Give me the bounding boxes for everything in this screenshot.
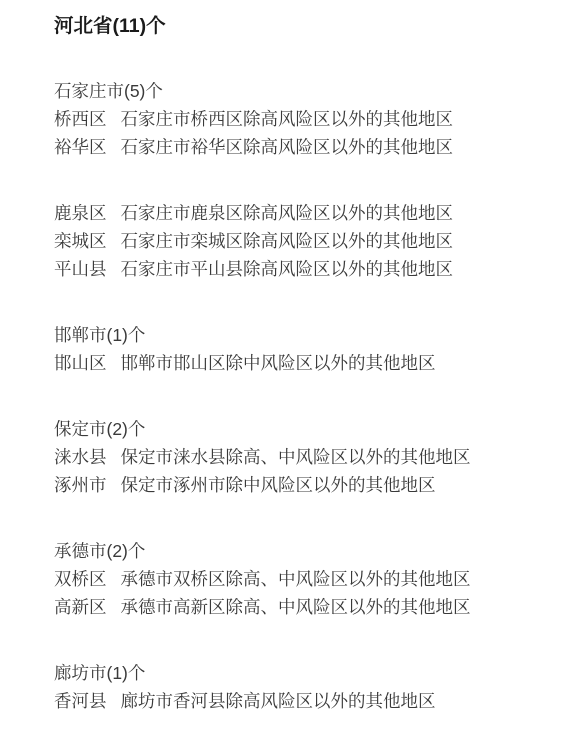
section-baoding: 保定市(2)个 涞水县保定市涞水县除高、中风险区以外的其他地区 涿州市保定市涿州…: [54, 415, 558, 499]
section-handan: 邯郸市(1)个 邯山区邯郸市邯山区除中风险区以外的其他地区: [54, 321, 558, 377]
region-desc: 廊坊市香河县除高风险区以外的其他地区: [121, 691, 436, 711]
region-name: 双桥区: [54, 569, 107, 589]
document-body: 河北省(11)个 石家庄市(5)个 桥西区石家庄市桥西区除高风险区以外的其他地区…: [0, 0, 578, 715]
risk-area-entry: 平山县石家庄市平山县除高风险区以外的其他地区: [54, 255, 558, 283]
risk-area-entry: 栾城区石家庄市栾城区除高风险区以外的其他地区: [54, 227, 558, 255]
region-name: 平山县: [54, 259, 107, 279]
region-name: 鹿泉区: [54, 203, 107, 223]
risk-area-entry: 高新区承德市高新区除高、中风险区以外的其他地区: [54, 593, 558, 621]
risk-area-entry: 涞水县保定市涞水县除高、中风险区以外的其他地区: [54, 443, 558, 471]
risk-area-entry: 裕华区石家庄市裕华区除高风险区以外的其他地区: [54, 133, 558, 161]
region-name: 栾城区: [54, 231, 107, 251]
region-desc: 石家庄市鹿泉区除高风险区以外的其他地区: [121, 203, 454, 223]
region-desc: 邯郸市邯山区除中风险区以外的其他地区: [121, 353, 436, 373]
region-name: 桥西区: [54, 109, 107, 129]
city-header: 石家庄市(5)个: [54, 77, 558, 105]
region-name: 高新区: [54, 597, 107, 617]
risk-area-entry: 涿州市保定市涿州市除中风险区以外的其他地区: [54, 471, 558, 499]
risk-area-document: 河北省(11)个 石家庄市(5)个 桥西区石家庄市桥西区除高风险区以外的其他地区…: [0, 0, 578, 756]
city-header: 邯郸市(1)个: [54, 321, 558, 349]
city-header: 承德市(2)个: [54, 537, 558, 565]
region-name: 涞水县: [54, 447, 107, 467]
region-name: 裕华区: [54, 137, 107, 157]
region-name: 涿州市: [54, 475, 107, 495]
risk-area-entry: 香河县廊坊市香河县除高风险区以外的其他地区: [54, 687, 558, 715]
region-desc: 承德市高新区除高、中风险区以外的其他地区: [121, 597, 471, 617]
risk-area-entry: 桥西区石家庄市桥西区除高风险区以外的其他地区: [54, 105, 558, 133]
section-langfang: 廊坊市(1)个 香河县廊坊市香河县除高风险区以外的其他地区: [54, 659, 558, 715]
city-header: 廊坊市(1)个: [54, 659, 558, 687]
region-desc: 石家庄市桥西区除高风险区以外的其他地区: [121, 109, 454, 129]
region-desc: 石家庄市裕华区除高风险区以外的其他地区: [121, 137, 454, 157]
region-desc: 承德市双桥区除高、中风险区以外的其他地区: [121, 569, 471, 589]
section-chengde: 承德市(2)个 双桥区承德市双桥区除高、中风险区以外的其他地区 高新区承德市高新…: [54, 537, 558, 621]
section-shijiazhuang-part2: 鹿泉区石家庄市鹿泉区除高风险区以外的其他地区 栾城区石家庄市栾城区除高风险区以外…: [54, 199, 558, 283]
region-desc: 保定市涞水县除高、中风险区以外的其他地区: [121, 447, 471, 467]
region-desc: 石家庄市栾城区除高风险区以外的其他地区: [121, 231, 454, 251]
region-name: 邯山区: [54, 353, 107, 373]
region-name: 香河县: [54, 691, 107, 711]
risk-area-entry: 双桥区承德市双桥区除高、中风险区以外的其他地区: [54, 565, 558, 593]
risk-area-entry: 鹿泉区石家庄市鹿泉区除高风险区以外的其他地区: [54, 199, 558, 227]
city-header: 保定市(2)个: [54, 415, 558, 443]
section-shijiazhuang-part1: 石家庄市(5)个 桥西区石家庄市桥西区除高风险区以外的其他地区 裕华区石家庄市裕…: [54, 77, 558, 161]
province-title: 河北省(11)个: [54, 13, 558, 39]
region-desc: 石家庄市平山县除高风险区以外的其他地区: [121, 259, 454, 279]
risk-area-entry: 邯山区邯郸市邯山区除中风险区以外的其他地区: [54, 349, 558, 377]
region-desc: 保定市涿州市除中风险区以外的其他地区: [121, 475, 436, 495]
